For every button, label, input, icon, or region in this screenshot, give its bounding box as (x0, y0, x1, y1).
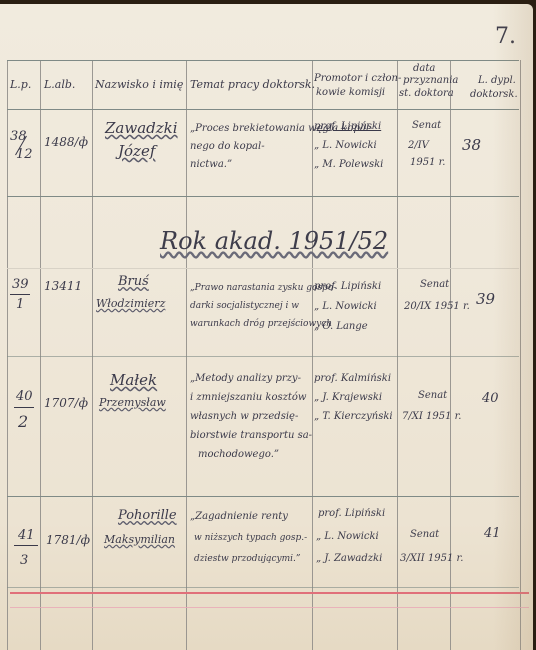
album-number: 1488/ф (44, 136, 88, 148)
red-rule-faint (10, 607, 529, 608)
award-line: 2/IV (408, 141, 429, 151)
first-name: Przemysław (99, 397, 166, 408)
column-rule (7, 60, 8, 650)
thesis-line: nego do kopal- (190, 142, 265, 152)
diploma-number: 38 (462, 138, 481, 153)
page-number: 7. (495, 26, 516, 48)
diploma-number: 39 (476, 292, 495, 307)
row-rule (7, 496, 519, 497)
ledger-page: 7. L.p. L.alb. Nazwisko i imię Temat pra… (0, 4, 533, 650)
first-name: Józef (118, 144, 155, 159)
committee-member: „ T. Kierczyński (314, 412, 393, 422)
column-rule (40, 60, 41, 650)
lp-number: 39 (12, 278, 29, 291)
thesis-line: nictwa.” (190, 160, 232, 170)
award-line: 20/IX 1951 r. (404, 302, 470, 312)
committee-member: „ O. Lange (314, 322, 368, 332)
thesis-line: biorstwie transportu sa- (190, 431, 312, 441)
album-number: 1707/ф (44, 397, 88, 409)
fraction-line (10, 294, 30, 295)
column-rule (520, 60, 521, 650)
award-line: 1951 r. (410, 158, 446, 168)
thesis-line: w niższych typach gosp.- (194, 534, 307, 543)
thesis-line: mochodowego.” (198, 450, 279, 460)
committee-member: „ L. Nowicki (314, 141, 377, 151)
header-top-rule (7, 60, 519, 61)
thesis-line: „Zagadnienie renty (190, 512, 288, 522)
award-line: 7/XI 1951 r. (402, 412, 461, 422)
award-line: Senat (420, 280, 449, 290)
row-rule (7, 587, 519, 588)
committee-member: „ J. Zawadzki (316, 554, 382, 564)
column-rule (312, 60, 313, 650)
faint-rule (7, 268, 519, 269)
lp-number: 40 (16, 390, 33, 403)
committee-member: prof. Lipiński (314, 122, 381, 132)
award-line: 3/XII 1951 r. (400, 554, 463, 564)
lp-sub-number: 2 (18, 414, 28, 430)
thesis-line: darki socjalistycznej i w (190, 302, 299, 311)
header-lp: L.p. (10, 79, 31, 90)
header-bottom-rule (7, 109, 519, 110)
diploma-number: 41 (484, 527, 501, 540)
header-committee-2: kowie komisji (316, 88, 385, 98)
committee-member: prof. Lipiński (318, 509, 385, 519)
first-name: Włodzimierz (96, 298, 165, 309)
committee-member: prof. Lipiński (314, 282, 381, 292)
lp-number: 41 (18, 529, 35, 542)
fraction-line (14, 545, 38, 546)
academic-year-heading: Rok akad. 1951/52 (160, 229, 388, 253)
committee-member: „ L. Nowicki (316, 532, 379, 542)
diploma-number: 40 (482, 392, 499, 405)
lp-sub-number: 3 (20, 554, 28, 567)
committee-member: „ J. Krajewski (314, 393, 382, 403)
header-date-2: st. doktora (399, 89, 454, 99)
header-name: Nazwisko i imię (95, 79, 183, 90)
first-name: Maksymilian (104, 534, 175, 545)
header-diploma-2: doktorsk. (470, 90, 518, 100)
column-rule (186, 60, 187, 650)
header-thesis: Temat pracy doktorsk. (190, 79, 315, 90)
row-rule (7, 196, 519, 197)
thesis-line: dziestw przodującymi.” (194, 555, 300, 564)
surname: Zawadzki (105, 121, 178, 136)
thesis-line: własnych w przedsię- (190, 412, 298, 422)
thesis-line: warunkach dróg przejściowych (190, 320, 332, 329)
lp-sub-number: 1 (16, 298, 24, 311)
committee-member: „ M. Polewski (314, 160, 383, 170)
header-committee-1: Promotor i człon- (314, 74, 401, 84)
album-number: 13411 (44, 280, 82, 292)
thesis-line: „Metody analizy przy- (190, 374, 301, 384)
surname: Bruś (118, 275, 149, 288)
header-date-1: przyznania (403, 76, 458, 86)
thesis-line: i zmniejszaniu kosztów (190, 393, 306, 403)
column-rule (397, 60, 398, 650)
award-line: Senat (412, 121, 441, 131)
surname: Małek (110, 373, 157, 388)
committee-member: „ L. Nowicki (314, 302, 377, 312)
column-rule (92, 60, 93, 650)
album-number: 1781/ф (46, 534, 90, 546)
surname: Pohorille (118, 509, 177, 522)
committee-member: prof. Kalmiński (314, 374, 391, 384)
header-diploma-1: L. dypl. (478, 76, 516, 86)
header-date-0: data (413, 64, 435, 74)
award-line: Senat (410, 530, 439, 540)
red-double-rule (10, 592, 529, 594)
fraction-line (14, 407, 34, 408)
row-rule (7, 356, 519, 357)
header-album: L.alb. (44, 79, 75, 90)
award-line: Senat (418, 391, 447, 401)
lp-sub-number: 12 (16, 148, 33, 161)
